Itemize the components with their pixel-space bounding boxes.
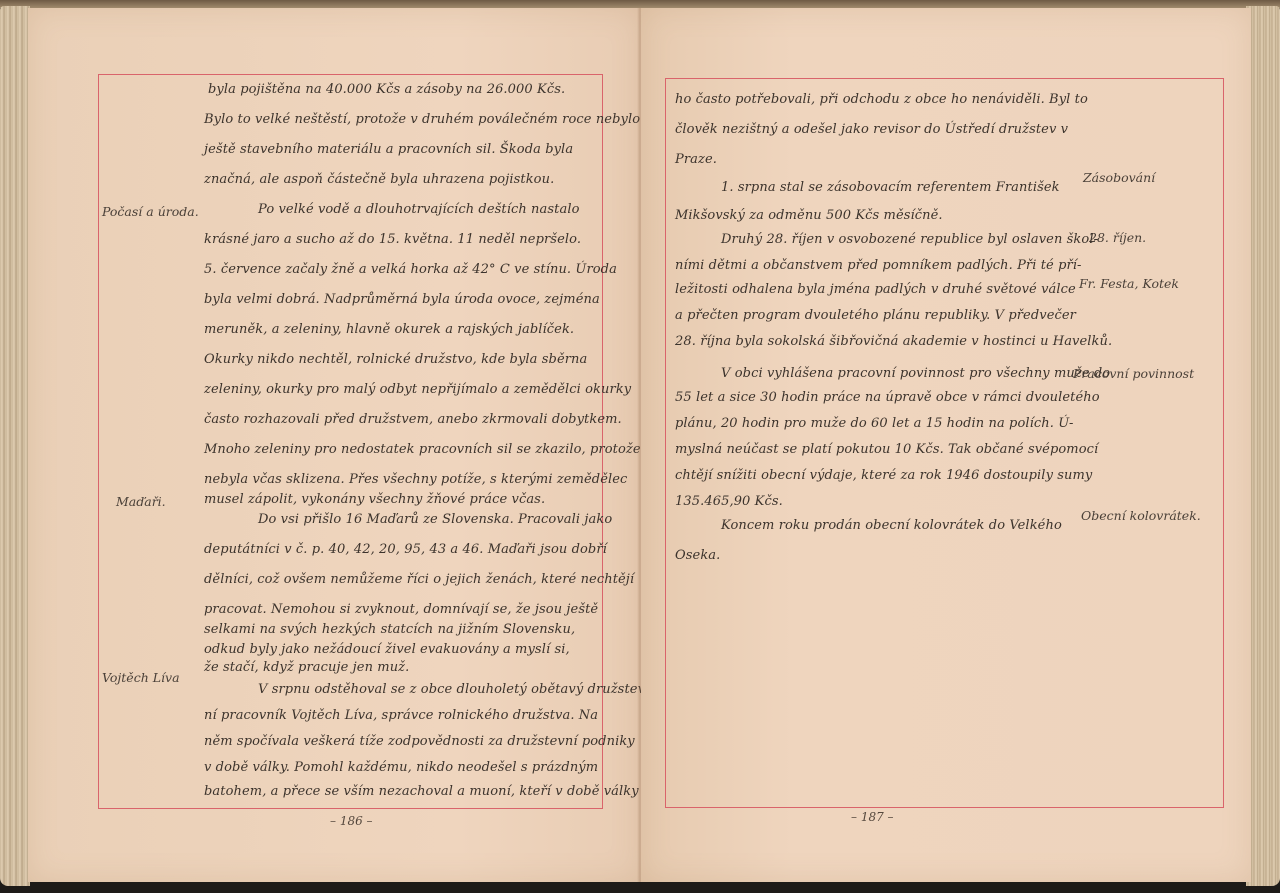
text-line: 1. srpna stal se zásobovacím referentem … — [721, 180, 1060, 195]
text-line: značná, ale aspoň částečně byla uhrazena… — [204, 172, 554, 187]
text-line: Druhý 28. říjen v osvobozené republice b… — [721, 232, 1098, 247]
text-line: pracovat. Nemohou si zvyknout, domnívají… — [204, 602, 598, 617]
margin-note: Zásobování — [1083, 170, 1155, 185]
text-line: batohem, a přece se vším nezachoval a mu… — [204, 784, 639, 799]
text-line: V obci vyhlášena pracovní povinnost pro … — [721, 366, 1110, 381]
text-line: dělníci, což ovšem nemůžeme říci o jejic… — [204, 572, 634, 587]
text-line: 135.465,90 Kčs. — [675, 494, 783, 509]
text-line: 28. října byla sokolská šibřovičná akade… — [675, 334, 1112, 349]
text-line: Mikšovský za odměnu 500 Kčs měsíčně. — [675, 208, 943, 223]
text-line: selkami na svých hezkých statcích na již… — [204, 622, 575, 637]
page-number: – 186 – — [330, 814, 373, 828]
text-line: V srpnu odstěhoval se z obce dlouholetý … — [258, 682, 650, 697]
text-line: 5. července začaly žně a velká horka až … — [204, 262, 617, 277]
right-page: Zásobování 28. říjen. Fr. Festa, Kotek P… — [641, 8, 1251, 882]
text-line: nebyla včas sklizena. Přes všechny potíž… — [204, 472, 627, 487]
text-line: že stačí, když pracuje jen muž. — [204, 660, 409, 675]
margin-note: Vojtěch Líva — [102, 670, 180, 685]
page-number: – 187 – — [851, 810, 894, 824]
text-line: Praze. — [675, 152, 717, 167]
margin-note: Fr. Festa, Kotek — [1079, 276, 1179, 291]
text-line: Oseka. — [675, 548, 720, 563]
text-line: byla pojištěna na 40.000 Kčs a zásoby na… — [208, 82, 565, 97]
text-line: 55 let a sice 30 hodin práce na úpravě o… — [675, 390, 1100, 405]
text-line: byla velmi dobrá. Nadprůměrná byla úroda… — [204, 292, 600, 307]
text-line: ní pracovník Vojtěch Líva, správce rolni… — [204, 708, 598, 723]
text-line: ními dětmi a občanstvem před pomníkem pa… — [675, 258, 1082, 273]
text-line: meruněk, a zeleniny, hlavně okurek a raj… — [204, 322, 574, 337]
text-line: často rozhazovali před družstvem, anebo … — [204, 412, 622, 427]
text-line: ještě stavebního materiálu a pracovních … — [204, 142, 573, 157]
text-line: ležitosti odhalena byla jména padlých v … — [675, 282, 1076, 297]
margin-note: Počasí a úroda. — [102, 204, 199, 219]
text-line: a přečten program dvouletého plánu repub… — [675, 308, 1076, 323]
open-chronicle-book: Počasí a úroda. Maďaři. Vojtěch Líva byl… — [0, 0, 1280, 893]
text-line: v době války. Pomohl každému, nikdo neod… — [204, 760, 598, 775]
text-line: ho často potřebovali, při odchodu z obce… — [675, 92, 1088, 107]
text-line: Mnoho zeleniny pro nedostatek pracovních… — [204, 442, 641, 457]
text-line: člověk nezištný a odešel jako revisor do… — [675, 122, 1068, 137]
text-line: Okurky nikdo nechtěl, rolnické družstvo,… — [204, 352, 587, 367]
text-line: Do vsi přišlo 16 Maďarů ze Slovenska. Pr… — [258, 512, 612, 527]
margin-note: Maďaři. — [116, 494, 166, 509]
text-line: zeleniny, okurky pro malý odbyt nepřijím… — [204, 382, 631, 397]
margin-note: Obecní kolovrátek. — [1081, 508, 1201, 523]
text-line: musel zápolit, vykonány všechny žňové pr… — [204, 492, 545, 507]
book-cover-top — [0, 0, 1280, 8]
text-line: plánu, 20 hodin pro muže do 60 let a 15 … — [675, 416, 1074, 431]
text-line: myslná neúčast se platí pokutou 10 Kčs. … — [675, 442, 1098, 457]
text-line: krásné jaro a sucho až do 15. května. 11… — [204, 232, 581, 247]
text-line: chtějí snížiti obecní výdaje, které za r… — [675, 468, 1092, 483]
page-edges-left — [0, 6, 30, 886]
text-line: deputátníci v č. p. 40, 42, 20, 95, 43 a… — [204, 542, 607, 557]
text-line: Bylo to velké neštěstí, protože v druhém… — [204, 112, 640, 127]
text-line: něm spočívala veškerá tíže zodpovědnosti… — [204, 734, 635, 749]
text-line: Koncem roku prodán obecní kolovrátek do … — [721, 518, 1062, 533]
left-page: Počasí a úroda. Maďaři. Vojtěch Líva byl… — [28, 8, 641, 882]
text-line: Po velké vodě a dlouhotrvajících deštích… — [258, 202, 580, 217]
page-edges-right — [1246, 6, 1280, 886]
text-line: odkud byly jako nežádoucí živel evakuová… — [204, 642, 570, 657]
